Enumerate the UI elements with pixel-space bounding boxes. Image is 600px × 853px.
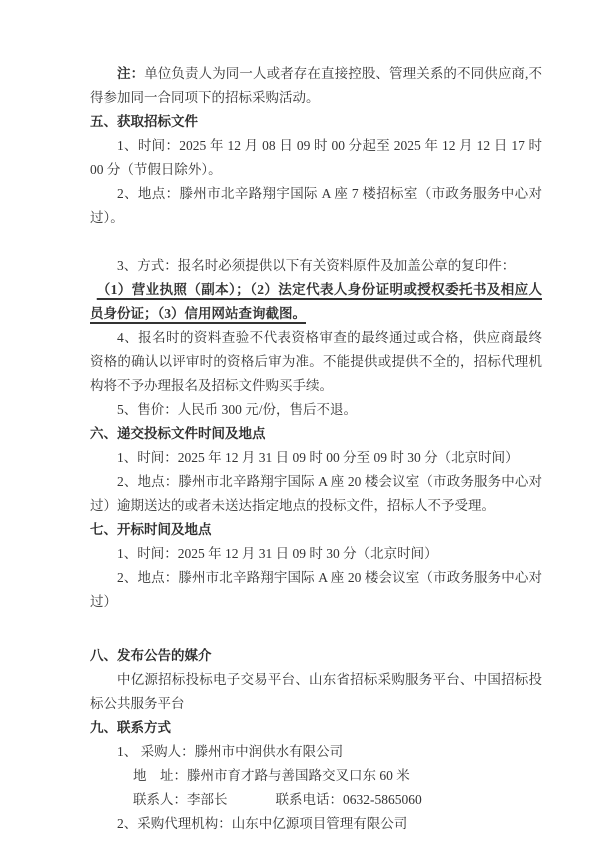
section-8-media-list: 中亿源招标投标电子交易平台、山东省招标采购服务平台、中国招标投标公共服务平台 (90, 668, 542, 716)
section-9-address: 地 址：滕州市育才路与善国路交叉口东 60 米 (90, 764, 542, 788)
section-6-item-location: 2、地点：滕州市北辛路翔宇国际 A 座 20 楼会议室（市政务服务中心对过）逾期… (90, 470, 542, 518)
section-8-heading: 八、发布公告的媒介 (90, 644, 542, 668)
section-5-item-time: 1、时间：2025 年 12 月 08 日 09 时 00 分起至 2025 年… (90, 134, 542, 182)
section-5-item-method: 3、方式：报名时必须提供以下有关资料原件及加盖公章的复印件： (90, 254, 542, 278)
section-7-item-location: 2、地点：滕州市北辛路翔宇国际 A 座 20 楼会议室（市政务服务中心对过） (90, 566, 542, 614)
tender-notice-page: 注：单位负责人为同一人或者存在直接控股、管理关系的不同供应商,不得参加同一合同项… (0, 0, 600, 853)
section-5-item-price: 5、售价：人民币 300 元/份，售后不退。 (90, 398, 542, 422)
section-9-heading: 九、联系方式 (90, 716, 542, 740)
section-5-item-verification: 4、报名时的资料查验不代表资格审查的最终通过或合格，供应商最终资格的确认以评审时… (90, 326, 542, 398)
section-5-required-documents: （1）营业执照（副本）；（2）法定代表人身份证明或授权委托书及相应人员身份证；（… (90, 278, 542, 326)
note-text: 单位负责人为同一人或者存在直接控股、管理关系的不同供应商,不得参加同一合同项下的… (90, 66, 542, 105)
section-6-item-time: 1、时间：2025 年 12 月 31 日 09 时 00 分至 09 时 30… (90, 446, 542, 470)
note-paragraph: 注：单位负责人为同一人或者存在直接控股、管理关系的不同供应商,不得参加同一合同项… (90, 62, 542, 110)
section-5-heading: 五、获取招标文件 (90, 110, 542, 134)
contact-person: 联系人：李部长 (133, 792, 228, 807)
section-7-item-time: 1、时间：2025 年 12 月 31 日 09 时 30 分（北京时间） (90, 542, 542, 566)
note-label: 注： (117, 66, 144, 81)
section-9-purchaser: 1、 采购人：滕州市中润供水有限公司 (90, 740, 542, 764)
section-5-item-location: 2、地点：滕州市北辛路翔宇国际 A 座 7 楼招标室（市政务服务中心对过）。 (90, 182, 542, 230)
section-9-contact-row: 联系人：李部长联系电话：0632-5865060 (90, 788, 542, 812)
contact-phone: 联系电话：0632-5865060 (276, 792, 422, 807)
section-6-heading: 六、递交投标文件时间及地点 (90, 422, 542, 446)
section-7-heading: 七、开标时间及地点 (90, 518, 542, 542)
section-9-agency: 2、采购代理机构：山东中亿源项目管理有限公司 (90, 812, 542, 836)
